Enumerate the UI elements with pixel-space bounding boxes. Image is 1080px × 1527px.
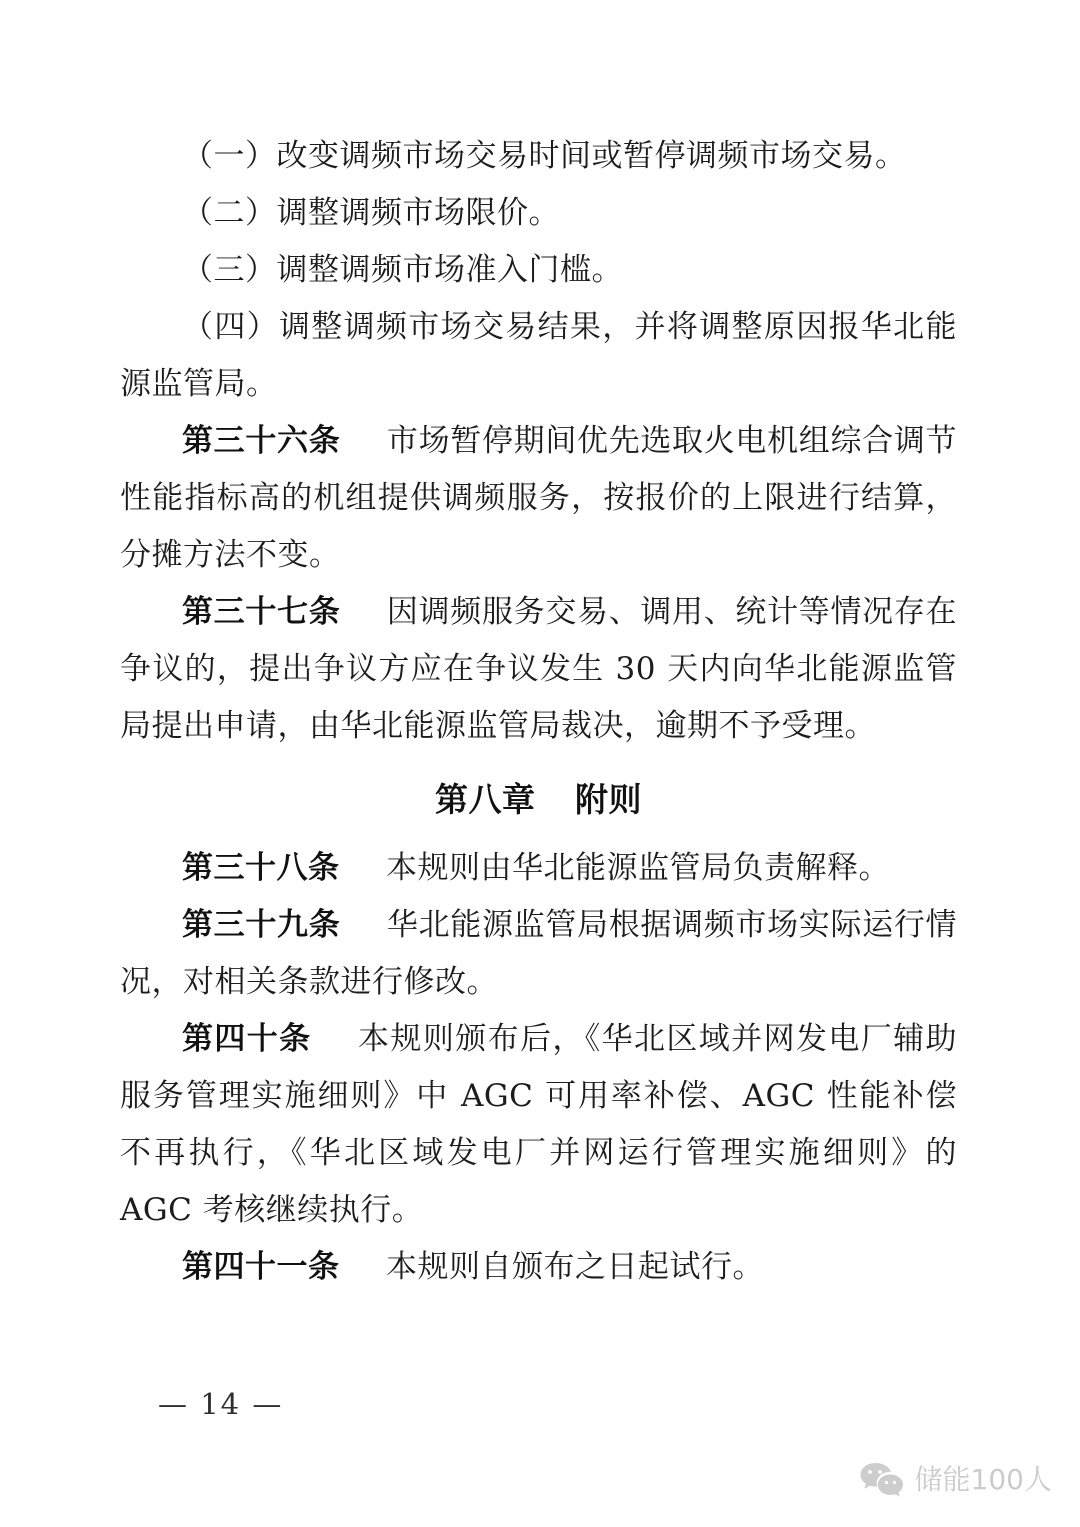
article-paragraph-37: 第三十七条因调频服务交易、调用、统计等情况存在争议的，提出争议方应在争议发生 3…: [120, 584, 957, 755]
article-number-36: 第三十六条: [182, 423, 340, 459]
article-number-41: 第四十一条: [182, 1249, 340, 1285]
chapter-number: 第八章: [435, 780, 536, 819]
wechat-bubbles-icon: [859, 1461, 905, 1499]
document-page: （一）改变调频市场交易时间或暂停调频市场交易。 （二）调整调频市场限价。 （三）…: [0, 0, 1080, 1527]
article-text-38: 本规则由华北能源监管局负责解释。: [386, 850, 890, 886]
article-number-39: 第三十九条: [182, 907, 340, 943]
chapter-heading: 第八章附则: [120, 771, 957, 828]
article-number-37: 第三十七条: [182, 594, 340, 630]
article-number-40: 第四十条: [182, 1021, 312, 1057]
clause-item-4: （四）调整调频市场交易结果，并将调整原因报华北能源监管局。: [120, 299, 957, 413]
watermark-label: 储能100人: [915, 1460, 1052, 1500]
clause-item-3: （三）调整调频市场准入门槛。: [120, 242, 957, 299]
article-paragraph-36: 第三十六条市场暂停期间优先选取火电机组综合调节性能指标高的机组提供调频服务，按报…: [120, 413, 957, 584]
article-text-41: 本规则自颁布之日起试行。: [386, 1249, 764, 1285]
clause-item-1: （一）改变调频市场交易时间或暂停调频市场交易。: [120, 128, 957, 185]
page-number: — 14 —: [158, 1386, 283, 1422]
document-body: （一）改变调频市场交易时间或暂停调频市场交易。 （二）调整调频市场限价。 （三）…: [120, 128, 957, 1296]
article-paragraph-39: 第三十九条华北能源监管局根据调频市场实际运行情况，对相关条款进行修改。: [120, 897, 957, 1011]
chapter-title: 附则: [575, 780, 642, 819]
article-paragraph-40: 第四十条本规则颁布后，《华北区域并网发电厂辅助服务管理实施细则》中 AGC 可用…: [120, 1011, 957, 1239]
article-paragraph-41: 第四十一条本规则自颁布之日起试行。: [120, 1239, 957, 1296]
article-number-38: 第三十八条: [182, 850, 340, 886]
article-paragraph-38: 第三十八条本规则由华北能源监管局负责解释。: [120, 840, 957, 897]
watermark: 储能100人: [859, 1460, 1052, 1500]
clause-item-2: （二）调整调频市场限价。: [120, 185, 957, 242]
